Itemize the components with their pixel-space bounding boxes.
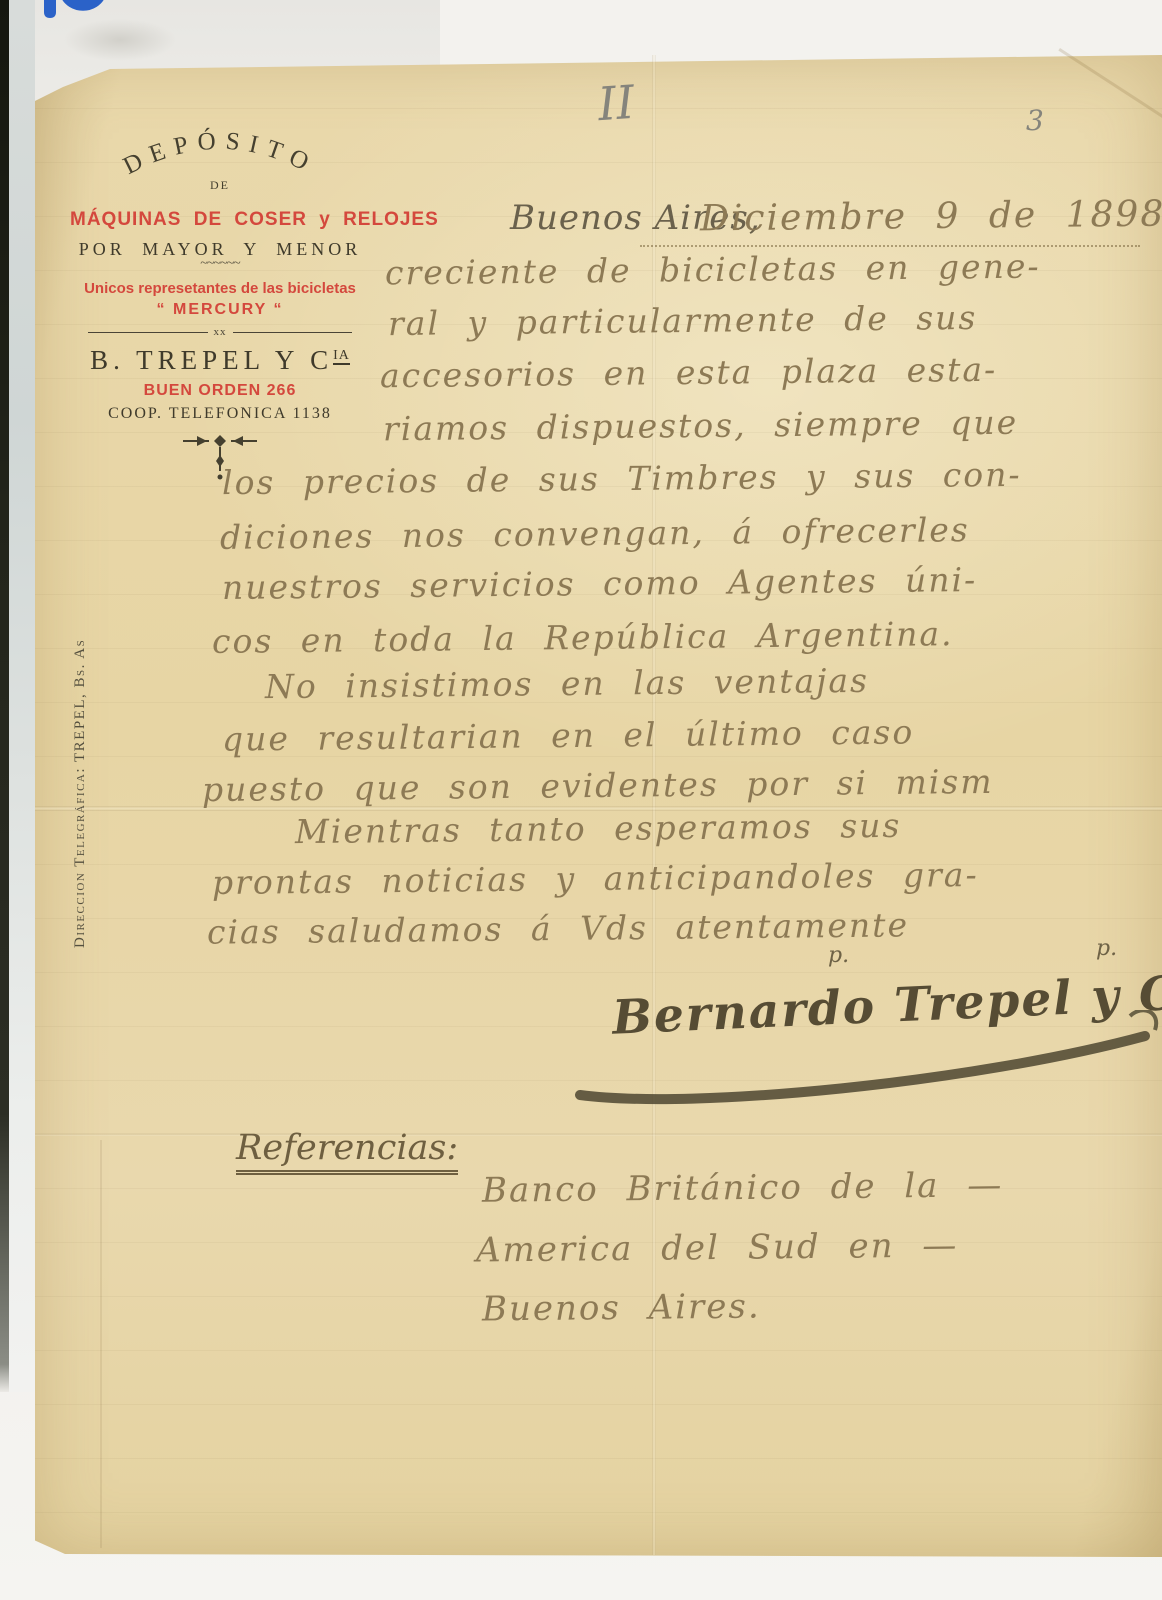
reference-line: America del Sud en — [476, 1225, 959, 1270]
scanned-letter: DEPÓSITO DE MÁQUINAS DE COSER y RELOJES … [0, 0, 1162, 1600]
blue-digit-fragment [44, 0, 56, 18]
company-main: B. TREPEL Y C [90, 345, 333, 375]
handwritten-line: creciente de bicicletas en gene- [385, 247, 1041, 293]
handwritten-line: cos en toda la República Argentina. [212, 614, 954, 661]
handwritten-line: No insistimos en las ventajas [265, 661, 869, 706]
handwritten-date: Diciembre 9 de 1898 [700, 194, 1162, 240]
handwritten-line: riamos dispuestos, siempre que [383, 403, 1019, 449]
letterhead-products-line: MÁQUINAS DE COSER y RELOJES [70, 209, 370, 231]
handwritten-line: diciones nos convengan, á ofrecerles [220, 510, 970, 557]
divider-ornament: xx [88, 329, 352, 335]
scan-edge-shadow [0, 0, 9, 1392]
handwritten-line: cias saludamos á Vds atentamente [207, 905, 909, 951]
references-label-text: Referencias: [236, 1128, 458, 1175]
horizontal-fold-crease [35, 1133, 1162, 1136]
handwritten-line: que resultarian en el último caso [222, 712, 915, 758]
pen-mark: p. [828, 943, 849, 968]
blue-ring-fragment [66, 0, 100, 5]
pencil-page-number: 3 [1026, 104, 1044, 137]
handwritten-line: ral y particularmente de sus [388, 298, 978, 343]
divider-xx: xx [214, 329, 227, 335]
phone-line: COOP. TELEFONICA 1138 [70, 405, 370, 423]
letterhead-agents-line: Unicos represetantes de las bicicletas [70, 280, 370, 297]
reference-line: Buenos Aires. [482, 1287, 761, 1330]
street-address: BUEN ORDEN 266 [70, 382, 370, 400]
references-label: Referencias: [236, 1128, 458, 1168]
company-name: B. TREPEL Y CIA [70, 345, 370, 376]
deposito-title: DEPÓSITO [119, 127, 321, 180]
scan-edge-strip [9, 0, 35, 1392]
pen-mark: p. [1096, 936, 1117, 961]
letterhead: DEPÓSITO DE MÁQUINAS DE COSER y RELOJES … [70, 118, 370, 488]
signature-flourish [555, 1010, 1162, 1120]
divider-rule-left [88, 332, 208, 333]
handwritten-line: Mientras tanto esperamos sus [295, 806, 902, 851]
svg-text:DEPÓSITO: DEPÓSITO [119, 127, 321, 180]
company-sup: IA [333, 348, 350, 365]
handwritten-line: nuestros servicios como Agentes úni- [222, 560, 978, 607]
margin-rule-line [100, 1140, 102, 1548]
pencil-numeral: II [596, 75, 636, 131]
brand-mercury: “ MERCURY “ [70, 301, 370, 319]
reference-line: Banco Británico de la — [482, 1165, 1004, 1210]
handwritten-line: accesorios en esta plaza esta- [380, 350, 998, 395]
handwritten-line: prontas noticias y anticipandoles gra- [212, 855, 979, 902]
letterhead-de: DE [70, 178, 370, 193]
telegraph-address-vertical: Direccion Telegráfica: TREPEL, Bs. As [72, 639, 89, 948]
divider-rule-right [233, 332, 353, 333]
handwritten-line: puesto que son evidentes por si mism [202, 762, 994, 809]
squiggle-ornament: ~~~~~~ [70, 260, 370, 268]
